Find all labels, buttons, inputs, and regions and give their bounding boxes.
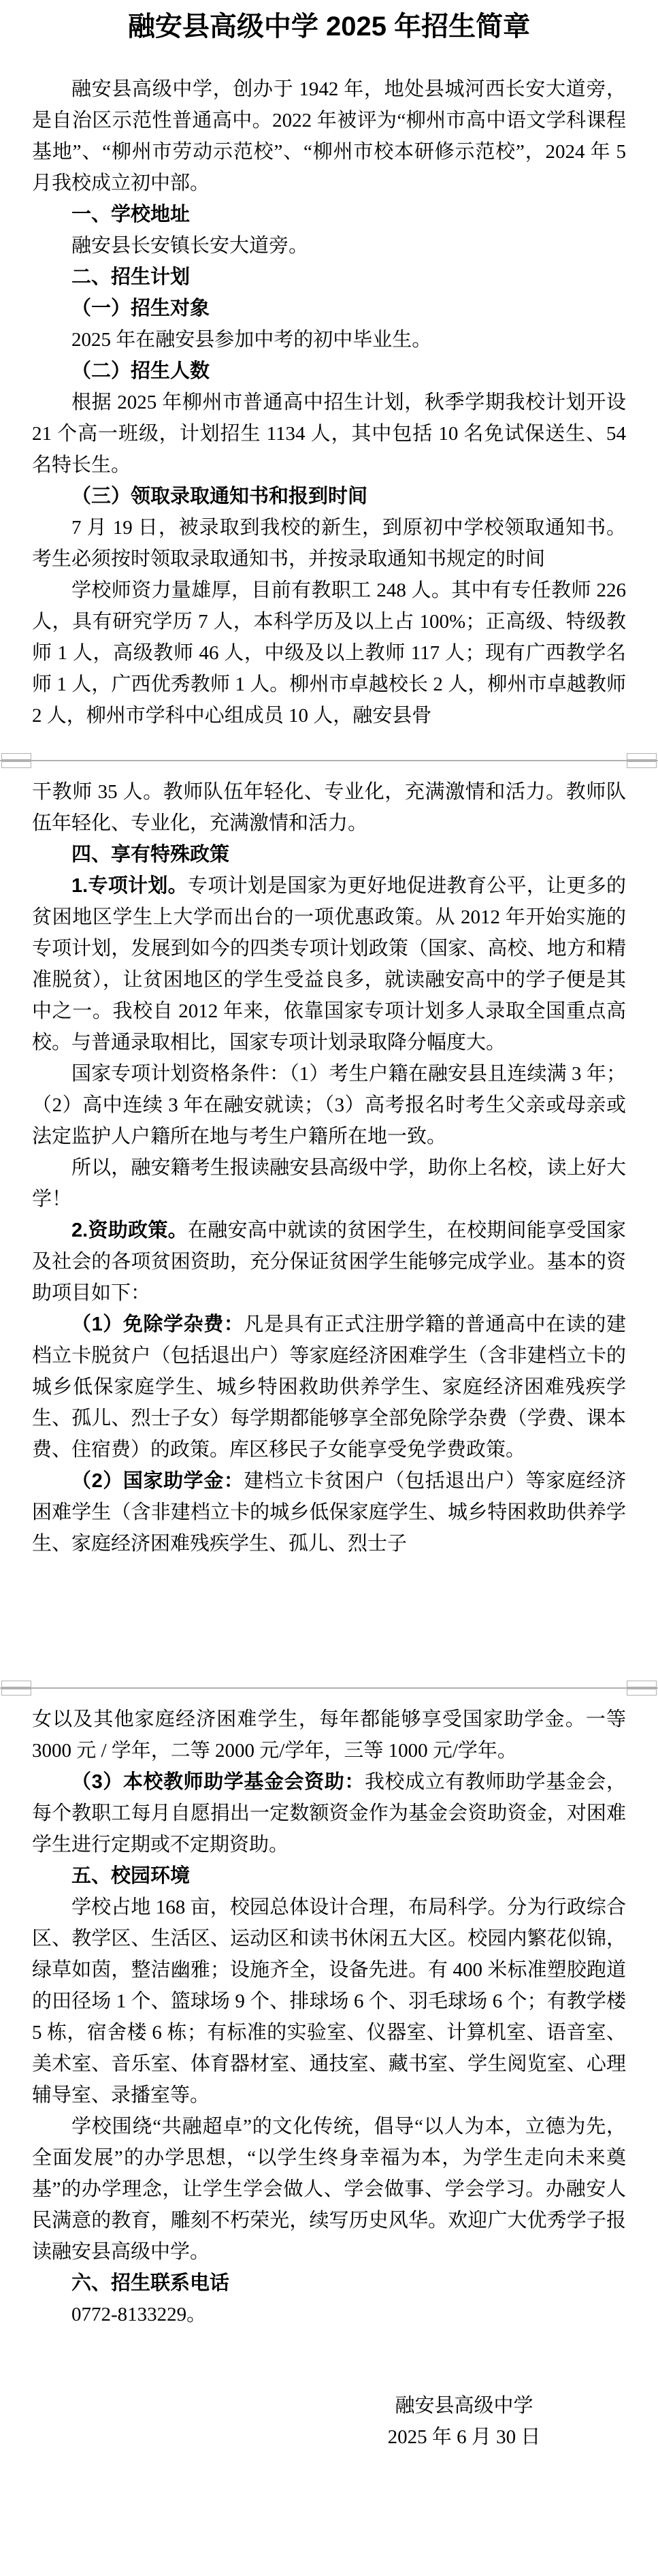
document-title: 融安县高级中学 2025 年招生简章	[32, 7, 626, 46]
text-run: 根据 2025 年柳州市普通高中招生计划，秋季学期我校计划开设 21 个高一班级…	[32, 392, 626, 476]
text-run: 学校占地 168 亩，校园总体设计合理，布局科学。分为行政综合区、教学区、生活区…	[32, 1896, 626, 2106]
page-edge-notch-left-top	[1, 753, 31, 760]
text-run: 融安县高级中学，创办于 1942 年，地处县城河西长安大道旁，是自治区示范性普通…	[32, 78, 626, 194]
paragraph: 学校围绕“共融超卓”的文化传统，倡导“以人为本，立德为先，全面发展”的办学思想，…	[32, 2111, 626, 2268]
text-run: 五、校园环境	[71, 1865, 190, 1887]
paragraph: （1）免除学杂费：凡是具有正式注册学籍的普通高中在读的建档立卡脱贫户（包括退出户…	[32, 1309, 626, 1465]
word-document: 融安县高级中学 2025 年招生简章融安县高级中学，创办于 1942 年，地处县…	[0, 0, 658, 2576]
page-edge-notch-left-top	[1, 1681, 31, 1687]
text-run: 国家专项计划资格条件：（1）考生户籍在融安县且连续满 3 年；（2）高中连续 3…	[32, 1063, 626, 1147]
paragraph: 2.资助政策。在融安高中就读的贫困学生，在校期间能享受国家及社会的各项贫困资助，…	[32, 1215, 626, 1309]
text-run: 学校围绕“共融超卓”的文化传统，倡导“以人为本，立德为先，全面发展”的办学思想，…	[32, 2116, 626, 2263]
subsection-heading-2-3: （三）领取录取通知书和报到时间	[32, 481, 626, 512]
paragraph: （3）本校教师助学基金会资助：我校成立有教师助学基金会，每个教职工每月自愿捐出一…	[32, 1766, 626, 1860]
subsection-heading-2-2: （二）招生人数	[32, 355, 626, 387]
text-run: 融安县长安镇长安大道旁。	[71, 235, 308, 257]
paragraph: 1.专项计划。专项计划是国家为更好地促进教育公平，让更多的贫困地区学生上大学而出…	[32, 870, 626, 1058]
text-run: 融安县高级中学	[395, 2395, 533, 2417]
signature-date: 2025 年 6 月 30 日	[362, 2421, 566, 2453]
page-break-rule	[0, 1687, 658, 1689]
page-2: 干教师 35 人。教师队伍年轻化、专业化，充满激情和活力。教师队伍年轻化、专业化…	[0, 768, 658, 1681]
paragraph: 7 月 19 日，被录取到我校的新生，到原初中学校领取通知书。考生必须按时领取录…	[32, 512, 626, 575]
text-run: 融安县高级中学 2025 年招生简章	[128, 12, 530, 42]
text-run: （三）领取录取通知书和报到时间	[71, 486, 367, 507]
paragraph-lead: （2）国家助学金：	[71, 1470, 244, 1492]
paragraph-lead: 2.资助政策。	[71, 1220, 188, 1241]
paragraph: （2）国家助学金：建档立卡贫困户（包括退出户）等家庭经济困难学生（含非建档立卡的…	[32, 1465, 626, 1559]
page-edge-notch-left-bottom	[1, 761, 31, 768]
paragraph-lead: （3）本校教师助学基金会资助：	[71, 1771, 365, 1793]
page-edge-notch-left-bottom	[1, 1689, 31, 1696]
page-edge-notch-right-top	[627, 753, 657, 760]
text-run: 一、学校地址	[71, 204, 190, 225]
text-run: 2025 年 6 月 30 日	[388, 2426, 541, 2448]
paragraph: 根据 2025 年柳州市普通高中招生计划，秋季学期我校计划开设 21 个高一班级…	[32, 387, 626, 481]
text-run: 凡是具有正式注册学籍的普通高中在读的建档立卡脱贫户（包括退出户）等家庭经济困难学…	[32, 1314, 626, 1461]
section-heading-2: 二、招生计划	[32, 261, 626, 293]
text-run: 四、享有特殊政策	[71, 844, 229, 865]
page-1: 融安县高级中学 2025 年招生简章融安县高级中学，创办于 1942 年，地处县…	[0, 0, 658, 753]
text-run: 0772-8133229。	[71, 2304, 206, 2325]
text-run: 2025 年在融安县参加中考的初中毕业生。	[71, 329, 431, 351]
page-edge-notch-right-top	[627, 1681, 657, 1687]
paragraph: 融安县高级中学，创办于 1942 年，地处县城河西长安大道旁，是自治区示范性普通…	[32, 74, 626, 199]
text-run: （二）招生人数	[71, 360, 210, 382]
paragraph: 学校师资力量雄厚，目前有教职工 248 人。其中有专任教师 226 人，具有研究…	[32, 575, 626, 731]
page-break-marker	[0, 753, 658, 768]
text-run: 7 月 19 日，被录取到我校的新生，到原初中学校领取通知书。考生必须按时领取录…	[32, 517, 626, 570]
text-run: 所以，融安籍考生报读融安县高级中学，助你上名校，读上好大学！	[32, 1157, 626, 1210]
text-run: 二、招生计划	[71, 266, 190, 288]
document-pages: 融安县高级中学 2025 年招生简章融安县高级中学，创办于 1942 年，地处县…	[0, 0, 658, 2576]
text-run: 学校师资力量雄厚，目前有教职工 248 人。其中有专任教师 226 人，具有研究…	[32, 579, 626, 727]
page-edge-notch-right-bottom	[627, 1689, 657, 1696]
page-break-rule	[0, 760, 658, 761]
page-edge-notch-right-bottom	[627, 761, 657, 768]
blank-gap	[32, 2330, 626, 2390]
section-heading-6: 六、招生联系电话	[32, 2268, 626, 2299]
page-3: 女以及其他家庭经济困难学生，每年都能够享受国家助学金。一等 3000 元 / 学…	[0, 1696, 658, 2576]
paragraph: 国家专项计划资格条件：（1）考生户籍在融安县且连续满 3 年；（2）高中连续 3…	[32, 1058, 626, 1152]
paragraph: 干教师 35 人。教师队伍年轻化、专业化，充满激情和活力。教师队伍年轻化、专业化…	[32, 776, 626, 839]
paragraph: 2025 年在融安县参加中考的初中毕业生。	[32, 324, 626, 355]
text-run: 专项计划是国家为更好地促进教育公平，让更多的贫困地区学生上大学而出台的一项优惠政…	[32, 875, 626, 1053]
section-heading-1: 一、学校地址	[32, 199, 626, 230]
paragraph: 所以，融安籍考生报读融安县高级中学，助你上名校，读上好大学！	[32, 1152, 626, 1215]
paragraph: 女以及其他家庭经济困难学生，每年都能够享受国家助学金。一等 3000 元 / 学…	[32, 1704, 626, 1766]
paragraph: 学校占地 168 亩，校园总体设计合理，布局科学。分为行政综合区、教学区、生活区…	[32, 1892, 626, 2111]
text-run: 干教师 35 人。教师队伍年轻化、专业化，充满激情和活力。教师队伍年轻化、专业化…	[32, 781, 626, 834]
text-run: 六、招生联系电话	[71, 2272, 229, 2294]
phone-number: 0772-8133229。	[32, 2299, 626, 2330]
paragraph-lead: 1.专项计划。	[71, 875, 188, 897]
subsection-heading-2-1: （一）招生对象	[32, 293, 626, 324]
paragraph: 融安县长安镇长安大道旁。	[32, 230, 626, 261]
section-heading-5: 五、校园环境	[32, 1860, 626, 1892]
text-run: 女以及其他家庭经济困难学生，每年都能够享受国家助学金。一等 3000 元 / 学…	[32, 1708, 626, 1762]
paragraph-lead: （1）免除学杂费：	[71, 1314, 244, 1335]
signature-school-name: 融安县高级中学	[362, 2390, 566, 2421]
section-heading-4: 四、享有特殊政策	[32, 839, 626, 870]
text-run: （一）招生对象	[71, 298, 210, 319]
page-break-marker	[0, 1681, 658, 1696]
